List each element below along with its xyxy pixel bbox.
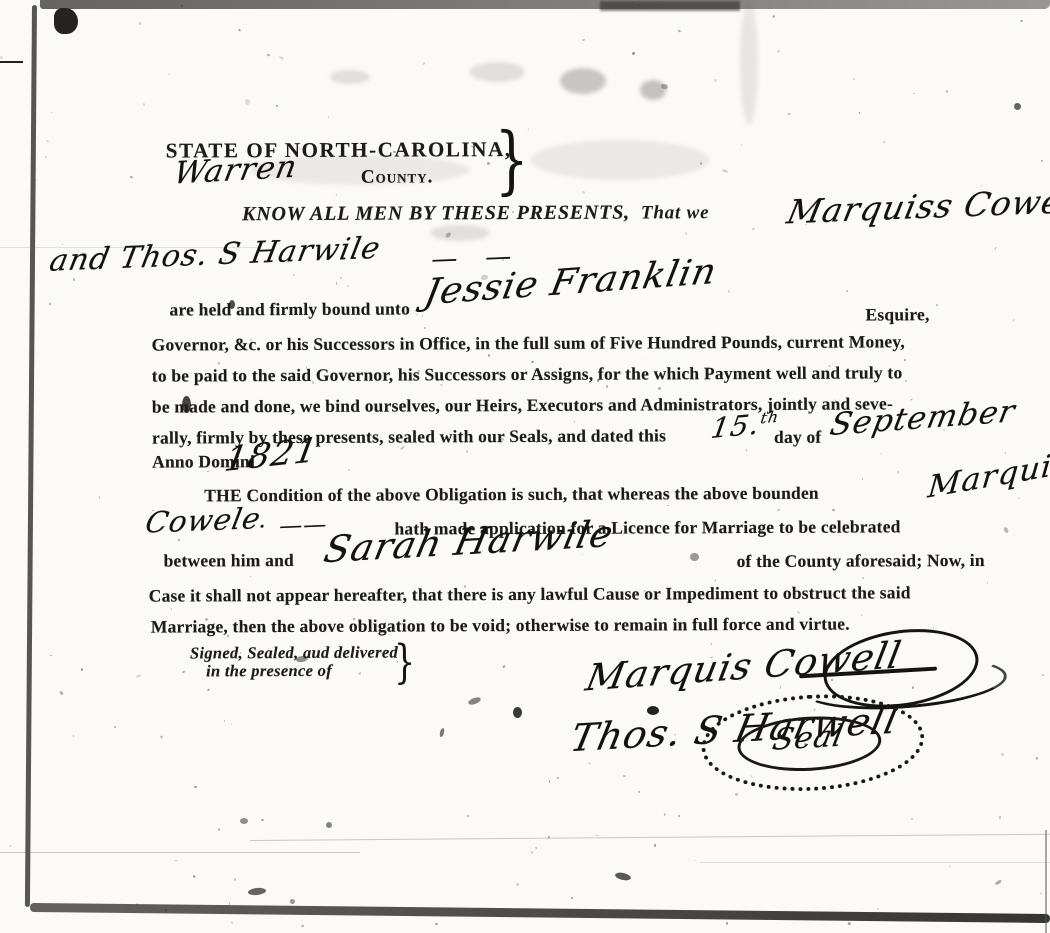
day-number: 15. bbox=[709, 408, 763, 445]
bride-name-handwritten: Sarah Harwile bbox=[320, 512, 618, 571]
obligation-line-1: Governor, &c. or his Successors in Offic… bbox=[152, 331, 905, 355]
bound-unto-text: are held and firmly bound unto bbox=[169, 298, 410, 320]
groom-name-handwritten: Marquiss Cowelle bbox=[784, 180, 1050, 231]
county-label: County. bbox=[361, 166, 434, 188]
bondsman-seal-text: Seal bbox=[770, 719, 847, 758]
document-text-block: STATE OF NORTH-CAROLINA, } Warren County… bbox=[0, 0, 1050, 933]
that-we-text: That we bbox=[641, 202, 710, 223]
condition-line-3: of the County aforesaid; Now, in bbox=[737, 550, 985, 572]
esquire-text: Esquire, bbox=[865, 304, 929, 325]
scanned-marriage-bond-document: STATE OF NORTH-CAROLINA, } Warren County… bbox=[0, 0, 1050, 933]
attestation-brace: } bbox=[394, 638, 415, 684]
condition-line-5: Marriage, then the above obligation to b… bbox=[151, 614, 850, 638]
attestation-line-2: in the presence of bbox=[206, 661, 332, 682]
between-him-and-text: between him and bbox=[164, 550, 294, 572]
bounden-surname-handwritten: Cowele bbox=[143, 501, 264, 539]
header-brace: } bbox=[495, 123, 529, 197]
cosigner-name-handwritten: and Thos. S Harwile bbox=[47, 231, 384, 279]
know-all-men-text: KNOW ALL MEN BY THESE PRESENTS, bbox=[242, 202, 630, 226]
obligation-line-2: to be paid to the said Governor, his Suc… bbox=[152, 362, 903, 386]
obligation-line-3: be made and done, we bind ourselves, our… bbox=[152, 393, 893, 417]
proclamation-line: KNOW ALL MEN BY THESE PRESENTS, That we bbox=[242, 201, 709, 226]
county-name-handwritten: Warren bbox=[171, 149, 301, 192]
day-of-text: day of bbox=[774, 427, 821, 448]
condition-line-4: Case it shall not appear hereafter, that… bbox=[149, 582, 911, 606]
day-ordinal: th bbox=[759, 408, 780, 428]
day-number-handwritten: 15.th bbox=[709, 406, 781, 445]
bounden-given-name-handwritten: Marquiss bbox=[926, 442, 1050, 505]
condition-line-1: THE Condition of the above Obligation is… bbox=[204, 483, 819, 507]
condition-dash-handwritten: · —— bbox=[258, 512, 328, 541]
